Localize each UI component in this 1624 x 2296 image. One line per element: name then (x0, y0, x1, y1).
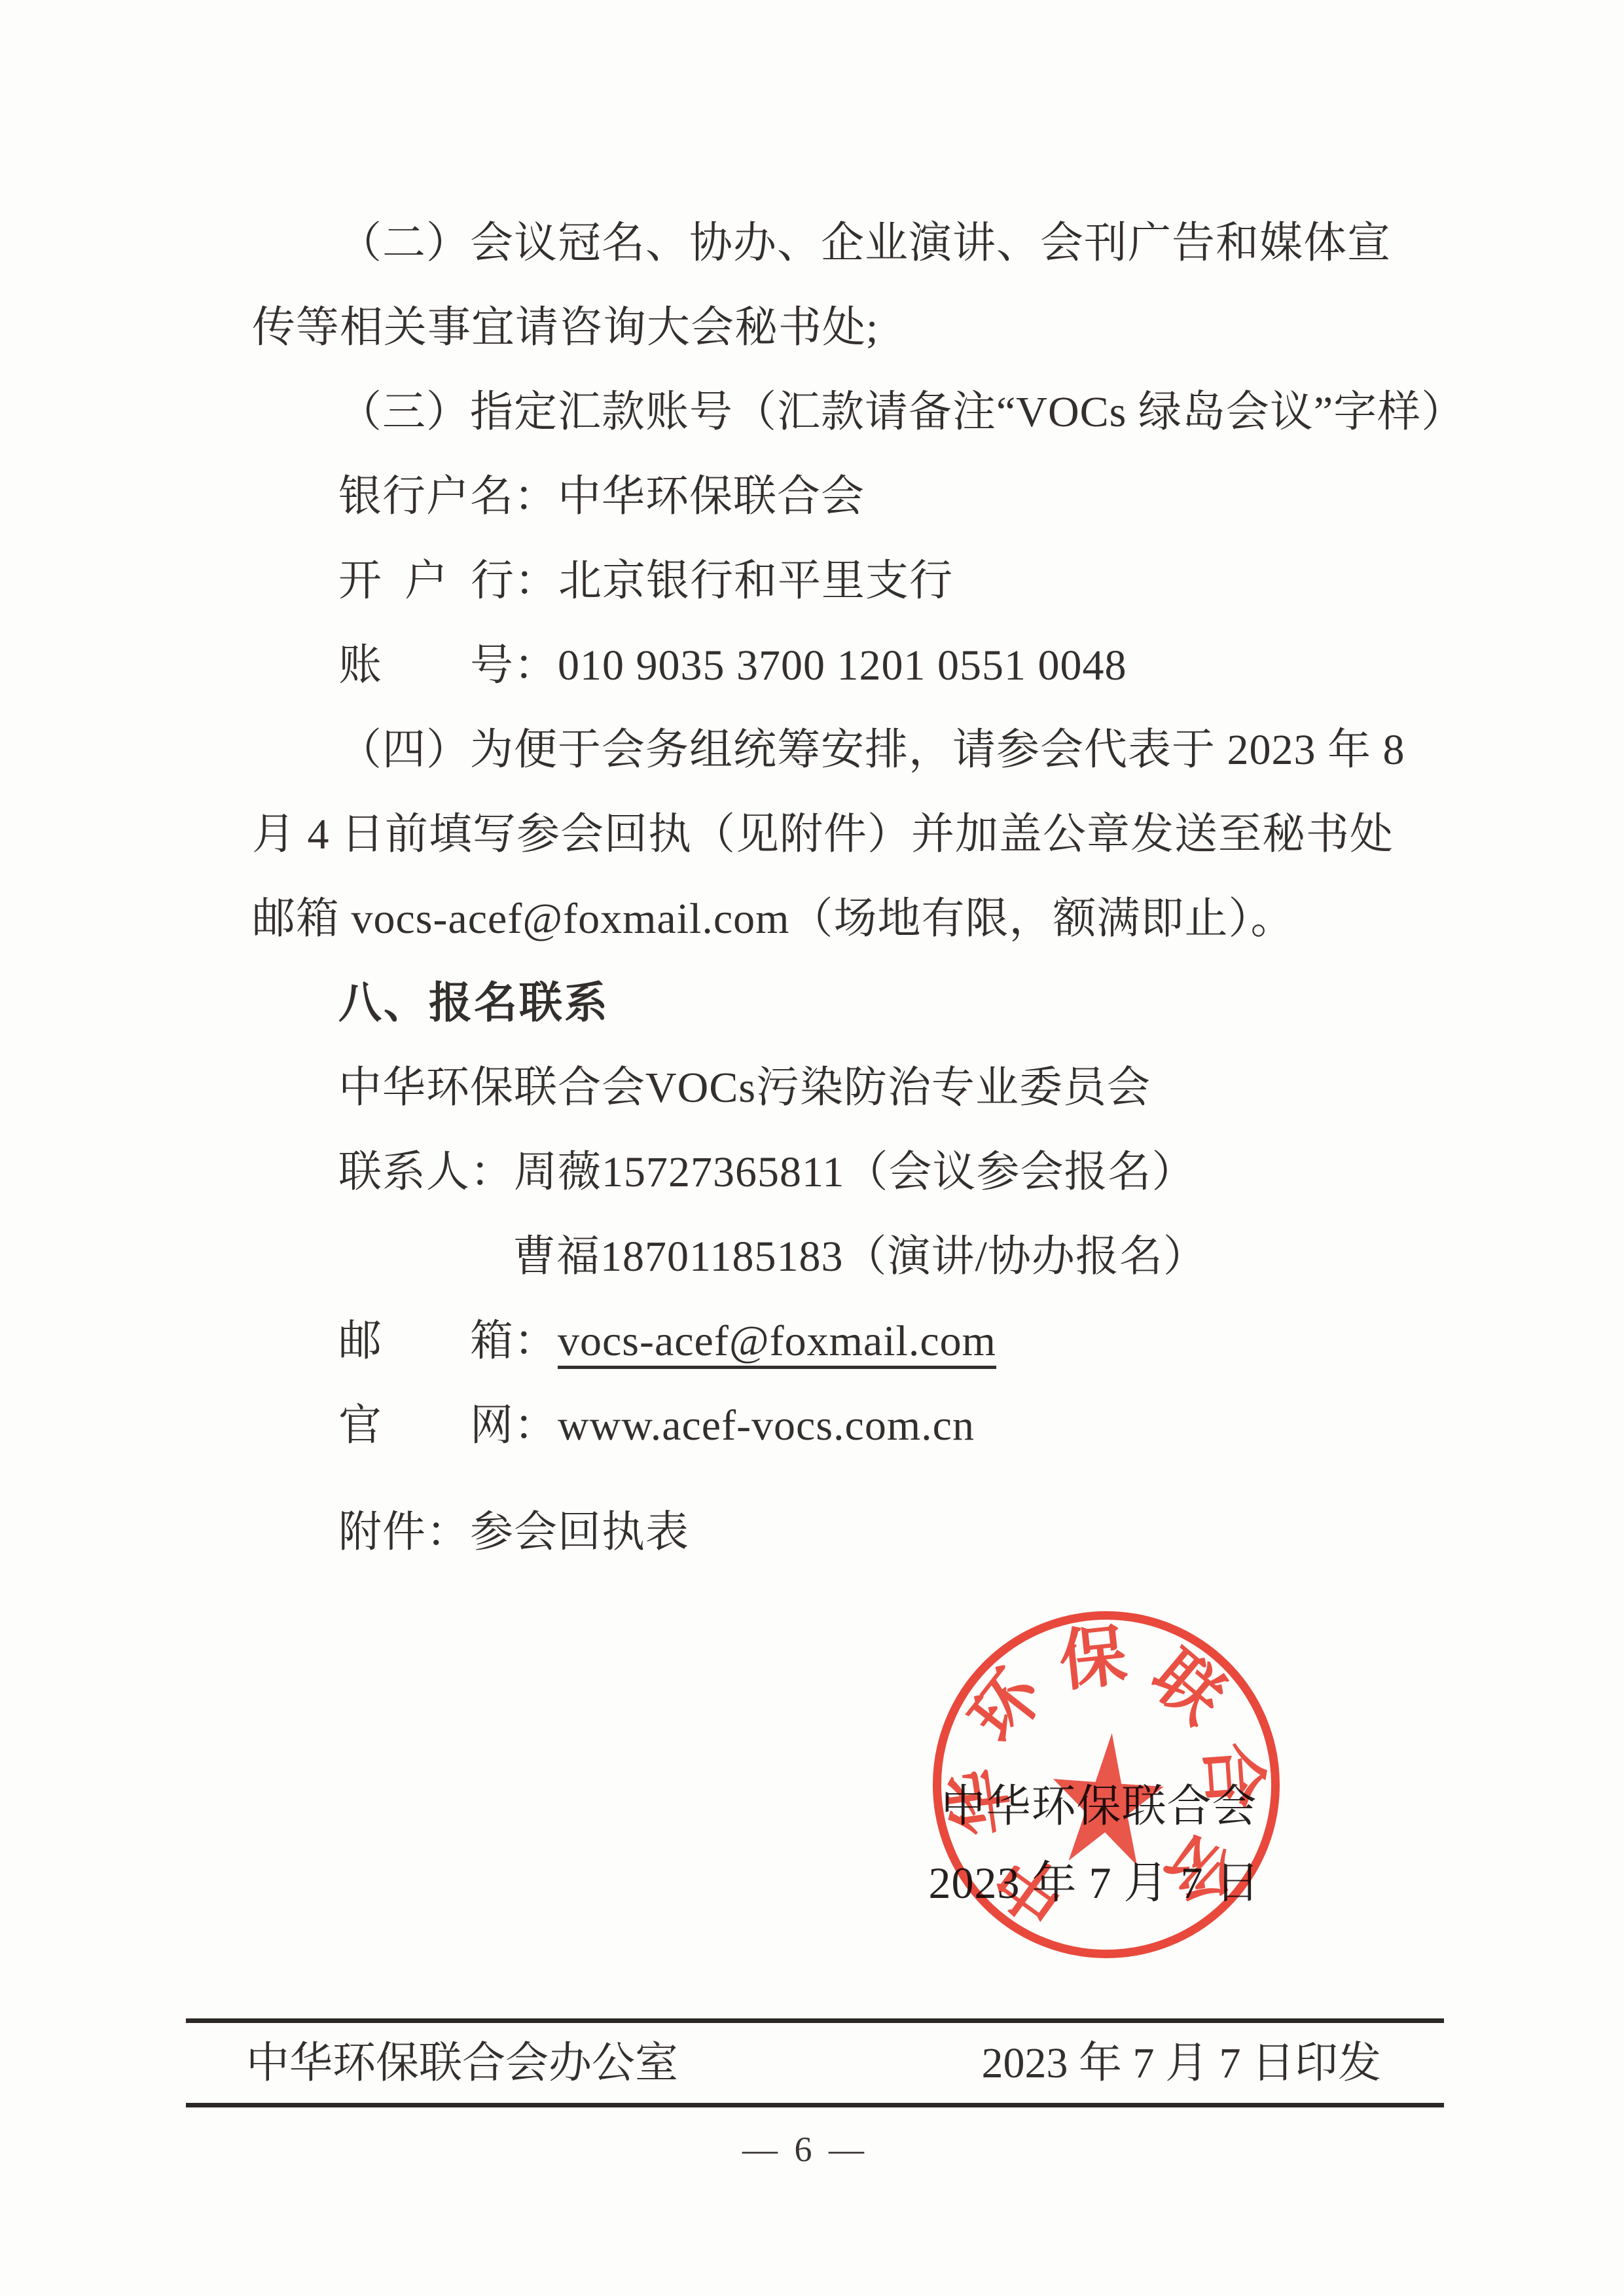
text-line: 开 户 行：北京银行和平里支行 (252, 539, 1437, 623)
text-segment: 邮 箱： (338, 1317, 558, 1365)
text-line: 曹福18701185183（演讲/协办报名） (252, 1214, 1437, 1299)
text-segment: 中华环保联合会VOCs污染防治专业委员会 (338, 1064, 1151, 1112)
document-page: （二）会议冠名、协办、企业演讲、会刊广告和媒体宣传等相关事宜请咨询大会秘书处;（… (0, 0, 1624, 2296)
text-line: （三）指定汇款账号（汇款请备注“VOCs 绿岛会议”字样） (252, 370, 1437, 454)
text-segment: 开 户 行：北京银行和平里支行 (338, 557, 953, 605)
text-line: （二）会议冠名、协办、企业演讲、会刊广告和媒体宣 (252, 201, 1437, 285)
text-segment: 八、报名联系 (338, 979, 609, 1027)
text-line: 邮 箱：vocs-acef@foxmail.com (252, 1299, 1437, 1383)
seal-arc-char: 联 (1140, 1641, 1235, 1736)
footer-row: 中华环保联合会办公室 2023 年 7 月 7 日印发 (186, 2033, 1444, 2094)
seal-arc-char: 保 (1056, 1623, 1130, 1696)
text-segment: （三）指定汇款账号（汇款请备注“VOCs 绿岛会议”字样） (338, 388, 1465, 436)
seal-arc-char: 合 (1196, 1740, 1267, 1812)
footer-issue-date: 2023 年 7 月 7 日印发 (982, 2033, 1382, 2094)
text-line: 附件：参会回执表 (252, 1490, 1437, 1575)
text-segment: 邮箱 vocs-acef@foxmail.com（场地有限，额满即止）。 (252, 895, 1295, 943)
footer-office: 中华环保联合会办公室 (246, 2033, 678, 2094)
text-line: 银行户名：中华环保联合会 (252, 454, 1437, 539)
text-segment: （四）为便于会务组统筹安排，请参会代表于 2023 年 8 (338, 726, 1405, 774)
text-segment: 月 4 日前填写参会回执（见附件）并加盖公章发送至秘书处 (252, 811, 1394, 858)
seal-arc-char: 环 (960, 1660, 1054, 1754)
seal-arc-char: 华 (944, 1764, 1019, 1840)
text-segment: 银行户名：中华环保联合会 (338, 473, 865, 520)
page-number: — 6 — (742, 2129, 868, 2170)
text-line: 传等相关事宜请咨询大会秘书处; (252, 285, 1437, 370)
text-line: 账 号：010 9035 3700 1201 0551 0048 (252, 623, 1437, 708)
text-segment: 传等相关事宜请咨询大会秘书处; (252, 304, 878, 352)
footer-rule-bottom (186, 2103, 1444, 2107)
text-segment: 附件：参会回执表 (338, 1508, 689, 1556)
text-line: 八、报名联系 (252, 961, 1437, 1046)
text-segment: 曹福18701185183（演讲/协办报名） (513, 1233, 1207, 1281)
text-line: 月 4 日前填写参会回执（见附件）并加盖公章发送至秘书处 (252, 792, 1437, 877)
footer-rule-top (186, 2018, 1444, 2023)
text-line: （四）为便于会务组统筹安排，请参会代表于 2023 年 8 (252, 708, 1437, 792)
document-body: （二）会议冠名、协办、企业演讲、会刊广告和媒体宣传等相关事宜请咨询大会秘书处;（… (252, 201, 1437, 1575)
text-line: 中华环保联合会VOCs污染防治专业委员会 (252, 1046, 1437, 1130)
text-segment: 官 网：www.acef-vocs.com.cn (338, 1402, 975, 1449)
star-icon (1038, 1721, 1176, 1888)
text-segment: 联系人：周薇15727365811（会议参会报名） (338, 1148, 1196, 1196)
official-seal: 中华环保联合会 (933, 1611, 1280, 1958)
text-line: 邮箱 vocs-acef@foxmail.com（场地有限，额满即止）。 (252, 877, 1437, 961)
text-segment: （二）会议冠名、协办、企业演讲、会刊广告和媒体宣 (338, 219, 1391, 267)
email-link-text[interactable]: vocs-acef@foxmail.com (558, 1317, 996, 1365)
text-line: 联系人：周薇15727365811（会议参会报名） (252, 1130, 1437, 1214)
text-segment: 账 号：010 9035 3700 1201 0551 0048 (338, 642, 1127, 689)
text-line: 官 网：www.acef-vocs.com.cn (252, 1383, 1437, 1468)
